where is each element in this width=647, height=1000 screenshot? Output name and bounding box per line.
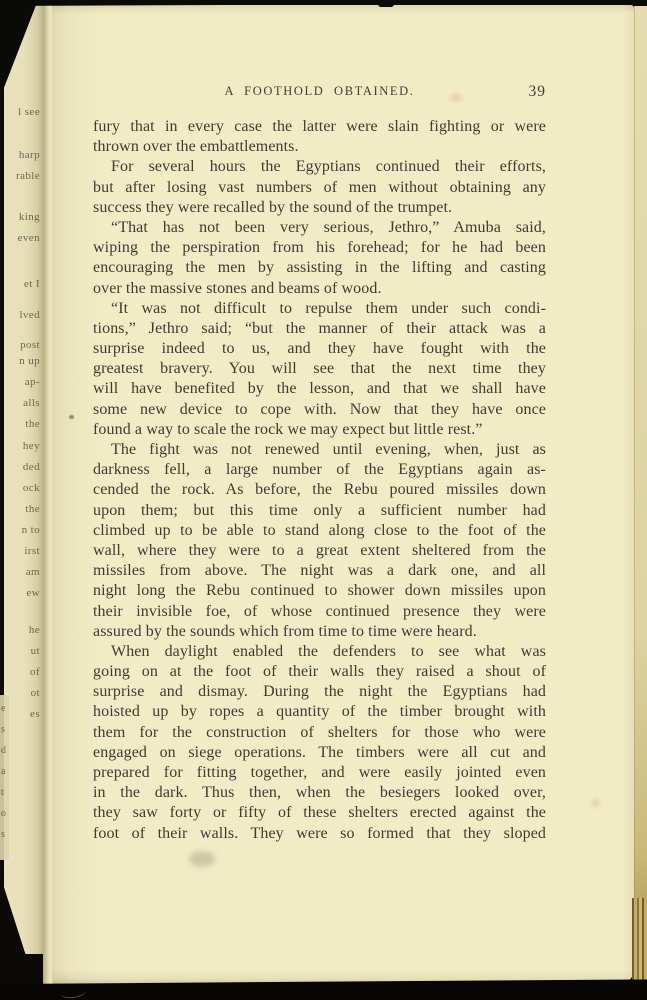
text-line: going on at the foot of their walls they… bbox=[93, 662, 546, 682]
edge-text-fragment: am bbox=[26, 566, 40, 578]
text-line: fury that in every case the latter were … bbox=[93, 117, 546, 137]
text-line: surprise and dismay. During the night th… bbox=[93, 682, 546, 702]
text-line: cended the rock. As before, the Rebu pou… bbox=[93, 480, 546, 500]
text-line: tions,” Jethro said; “but the manner of … bbox=[93, 319, 546, 339]
text-line: night long the Rebu continued to shower … bbox=[93, 581, 546, 601]
edge-text-fragment: o bbox=[1, 808, 6, 819]
edge-text-fragment: n up bbox=[19, 355, 40, 367]
text-line: hoisted up by ropes a quantity of the ti… bbox=[93, 702, 546, 722]
edge-text-fragment: harp bbox=[19, 149, 40, 161]
page-block-edge bbox=[634, 6, 647, 972]
edge-text-fragment: l see bbox=[18, 106, 40, 118]
facing-page-edge: l seeharprablekingevenet Ilvedpostn upap… bbox=[4, 2, 43, 954]
edge-text-fragment: es bbox=[30, 708, 40, 720]
text-line: them for the construction of shelters fo… bbox=[93, 723, 546, 743]
edge-text-fragment: ap- bbox=[25, 376, 40, 388]
edge-text-fragment: hey bbox=[23, 440, 40, 452]
text-line: “It was not difficult to repulse them un… bbox=[93, 299, 546, 319]
edge-text-fragment: even bbox=[18, 232, 40, 244]
text-line: some new device to cope with. Now that t… bbox=[93, 400, 546, 420]
text-line: encouraging the men by assisting in the … bbox=[93, 258, 546, 278]
book-page: A FOOTHOLD OBTAINED. 39 fury that in eve… bbox=[52, 5, 634, 985]
edge-text-fragment: s bbox=[1, 829, 5, 840]
running-header: A FOOTHOLD OBTAINED. 39 bbox=[93, 84, 546, 101]
paper-smudge bbox=[189, 851, 215, 867]
text-line: foot of their walls. They were so formed… bbox=[93, 824, 546, 844]
text-line: upon them; but this time only a sufficie… bbox=[93, 501, 546, 521]
text-line: in the dark. Thus then, when the besiege… bbox=[93, 783, 546, 803]
edge-text-fragment: ded bbox=[23, 461, 40, 473]
text-line: darkness fell, a large number of the Egy… bbox=[93, 460, 546, 480]
edge-text-fragment: s bbox=[1, 724, 5, 735]
scanner-background-notch bbox=[378, 0, 394, 7]
edge-text-fragment: et I bbox=[24, 278, 40, 290]
edge-text-fragment: a bbox=[1, 766, 5, 777]
page-stack-edges bbox=[632, 898, 647, 986]
edge-text-fragment: he bbox=[29, 624, 40, 636]
scanner-background-bottom bbox=[0, 979, 647, 1000]
body-text: fury that in every case the latter were … bbox=[93, 117, 546, 844]
text-line: assured by the sounds which from time to… bbox=[93, 622, 546, 642]
edge-text-fragment: alls bbox=[23, 397, 40, 409]
text-line: success they were recalled by the sound … bbox=[93, 198, 546, 218]
text-line: found a way to scale the rock we may exp… bbox=[93, 420, 546, 440]
page-header-title: A FOOTHOLD OBTAINED. bbox=[93, 84, 546, 99]
edge-text-fragment: e bbox=[1, 703, 5, 714]
left-sliver: esdatos bbox=[0, 695, 9, 860]
edge-text-fragment: ew bbox=[26, 587, 40, 599]
edge-text-fragment: ock bbox=[23, 482, 40, 494]
text-line: they saw forty or fifty of these shelter… bbox=[93, 803, 546, 823]
edge-text-fragment: of bbox=[30, 666, 40, 678]
edge-text-fragment: ut bbox=[31, 645, 40, 657]
text-line: “That has not been very serious, Jethro,… bbox=[93, 218, 546, 238]
edge-text-fragment: n to bbox=[22, 524, 40, 536]
text-line: will have benefited by the lesson, and t… bbox=[93, 379, 546, 399]
edge-text-fragment: irst bbox=[24, 545, 40, 557]
text-line: engaged on siege operations. The timbers… bbox=[93, 743, 546, 763]
text-line: wall, where they were to a great extent … bbox=[93, 541, 546, 561]
text-line: but after losing vast numbers of men wit… bbox=[93, 178, 546, 198]
edge-text-fragment: rable bbox=[16, 170, 40, 182]
edge-text-fragment: the bbox=[25, 418, 40, 430]
edge-text-fragment: lved bbox=[19, 309, 40, 321]
text-line: greatest bravery. You will see that the … bbox=[93, 359, 546, 379]
text-line: When daylight enabled the defenders to s… bbox=[93, 642, 546, 662]
edge-text-fragment: t bbox=[1, 787, 4, 798]
book-scan: l seeharprablekingevenet Ilvedpostn upap… bbox=[0, 0, 647, 1000]
text-line: climbed up to be able to stand along clo… bbox=[93, 521, 546, 541]
edge-text-fragment: the bbox=[25, 503, 40, 515]
text-line: wiping the perspiration from his forehea… bbox=[93, 238, 546, 258]
text-line: The fight was not renewed until evening,… bbox=[93, 440, 546, 460]
text-line: For several hours the Egyptians continue… bbox=[93, 157, 546, 177]
text-line: surprise indeed to us, and they have fou… bbox=[93, 339, 546, 359]
edge-text-fragment: post bbox=[20, 339, 40, 351]
edge-text-fragment: king bbox=[19, 211, 40, 223]
edge-text-fragment: ot bbox=[31, 687, 40, 699]
paper-stain bbox=[591, 799, 600, 807]
text-line: prepared for fitting together, and were … bbox=[93, 763, 546, 783]
text-line: thrown over the embattlements. bbox=[93, 137, 546, 157]
text-line: missiles from above. The night was a dar… bbox=[93, 561, 546, 581]
edge-text-fragment: d bbox=[1, 745, 6, 756]
text-line: over the massive stones and beams of woo… bbox=[93, 279, 546, 299]
page-number: 39 bbox=[529, 83, 547, 101]
text-line: their invisible foe, of whose continued … bbox=[93, 602, 546, 622]
